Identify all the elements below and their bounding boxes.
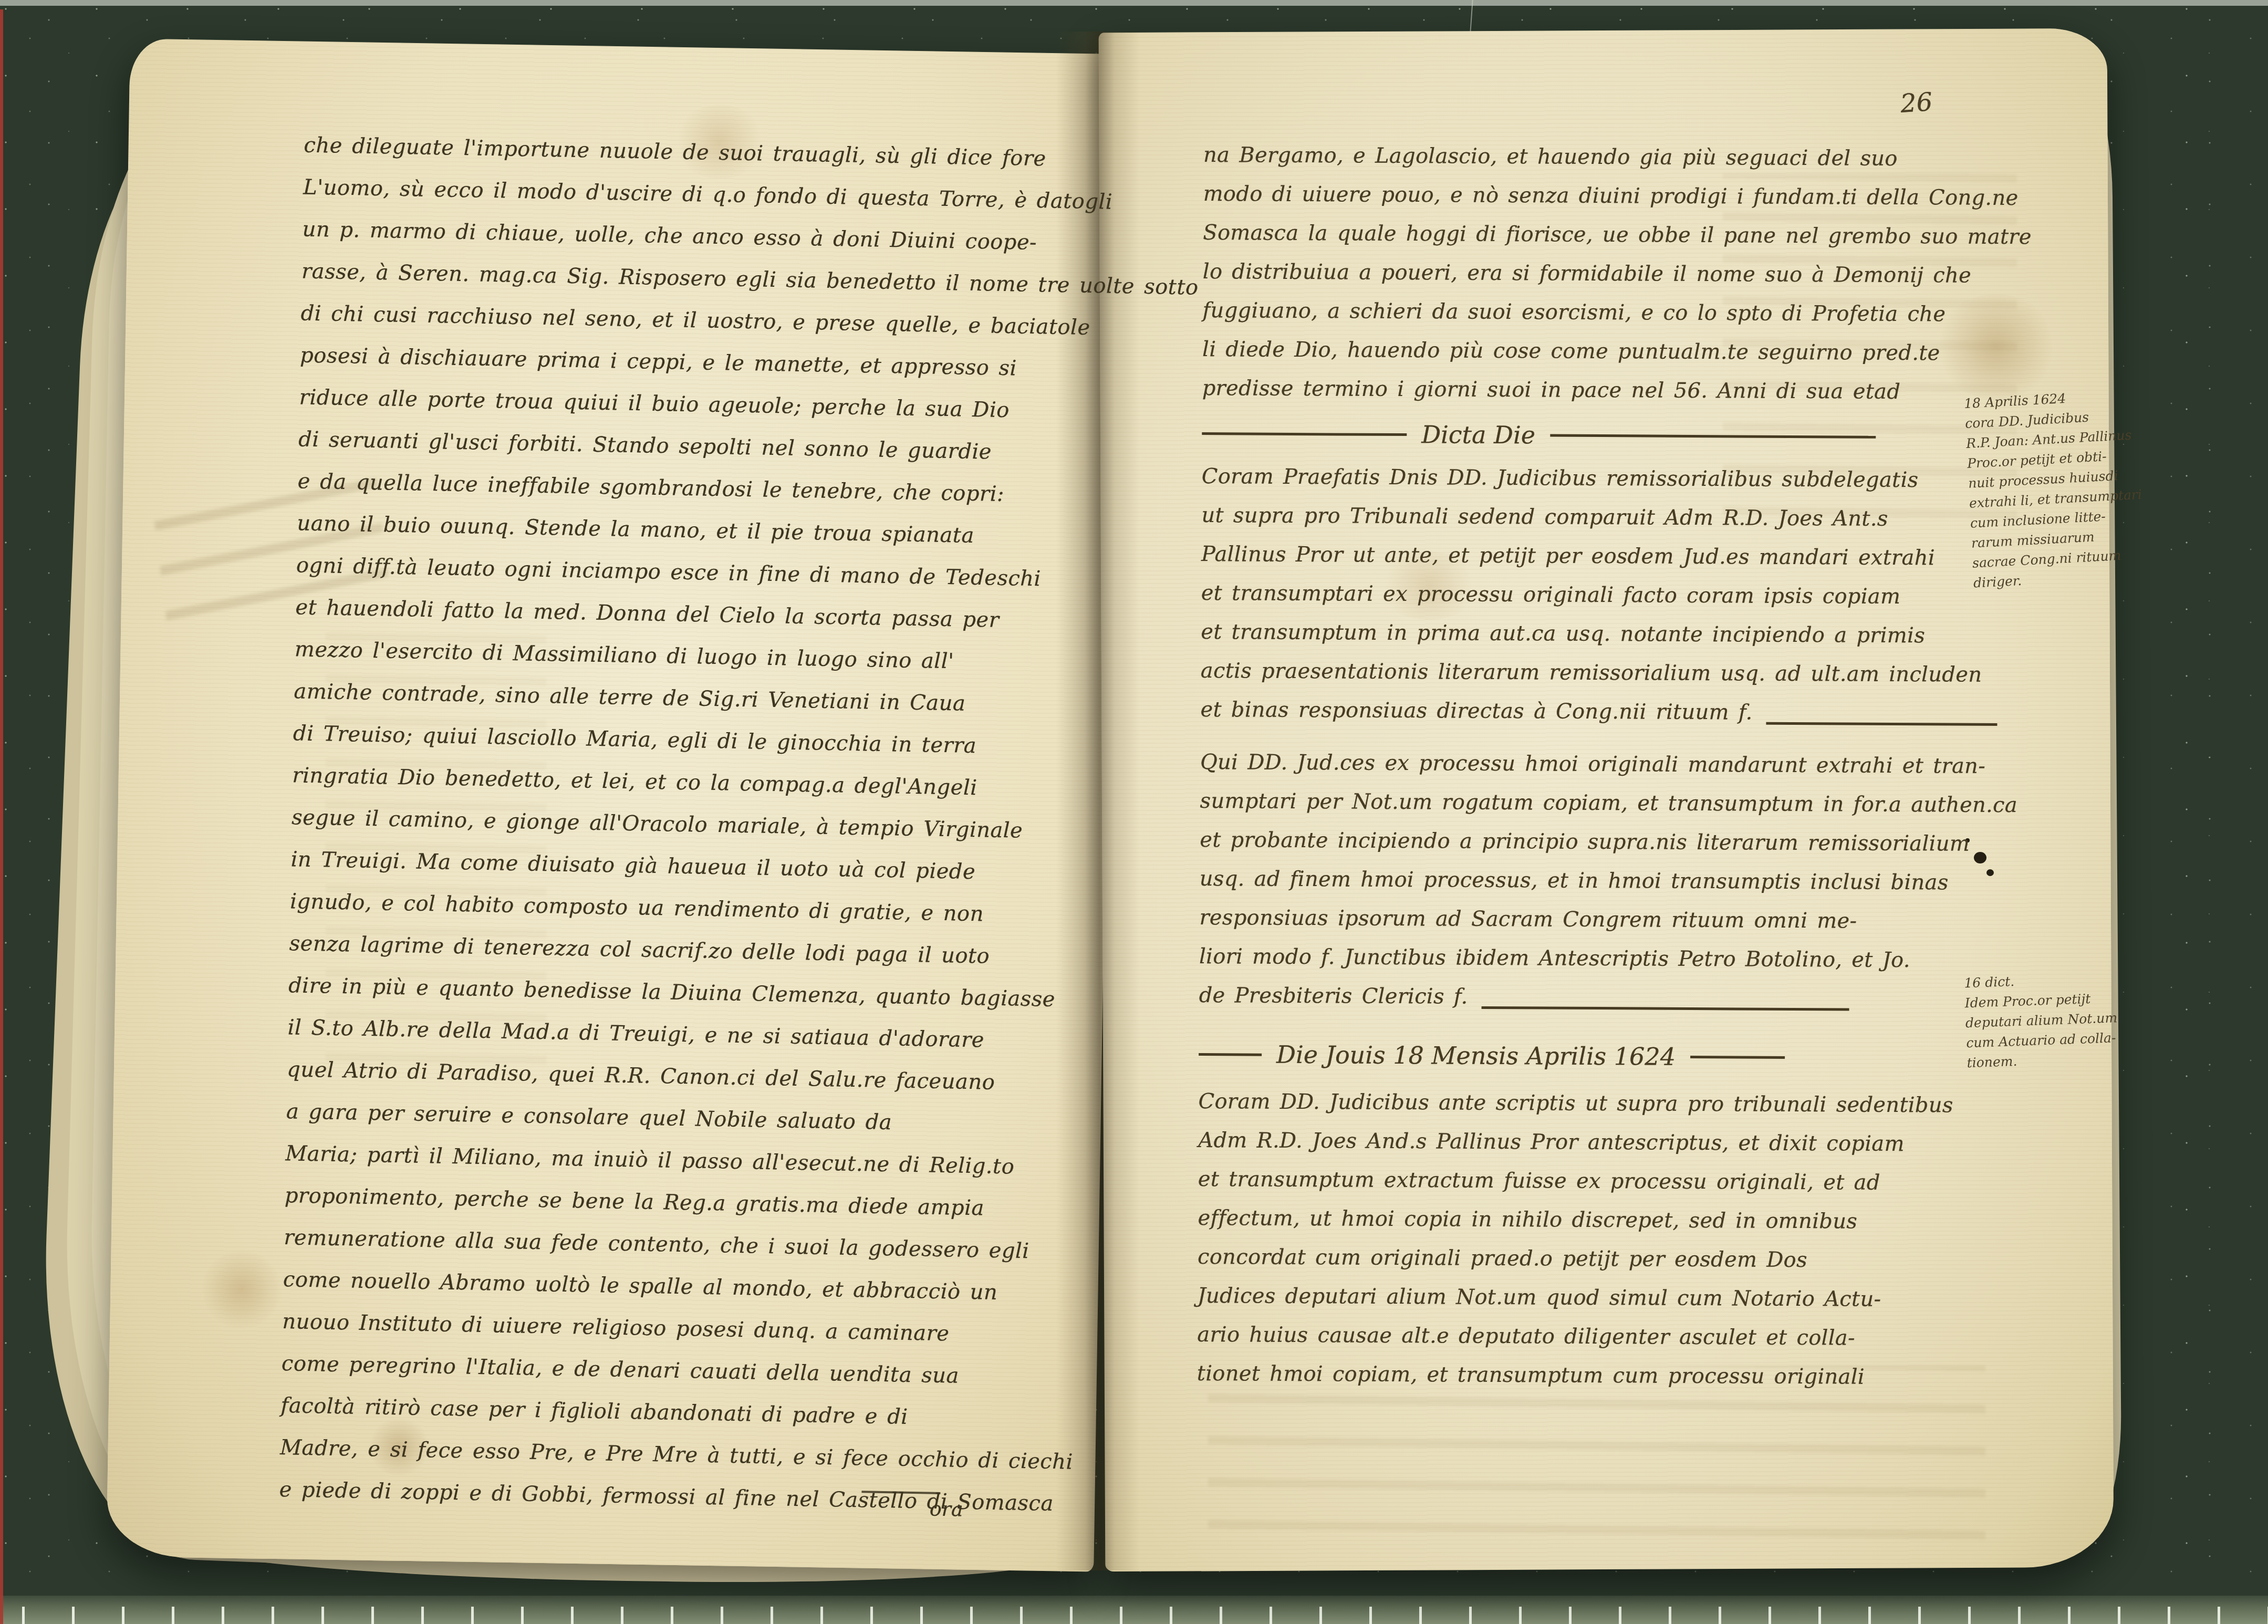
manuscript-line: predisse termino i giorni suoi in pace n… bbox=[1202, 369, 1990, 412]
ink-blot bbox=[1986, 869, 1994, 876]
manuscript-line: et transumptum in prima aut.ca usq. nota… bbox=[1201, 612, 1989, 655]
manuscript-line: modo di uiuere pouo, e nò senza diuini p… bbox=[1203, 174, 1991, 217]
manuscript-line: sumptari per Not.um rogatum copiam, et t… bbox=[1200, 782, 1988, 825]
margin-note-idem-procurator: 16 dict.Idem Proc.or petijtdeputari aliu… bbox=[1964, 968, 2125, 1073]
manuscript-line: actis praesentationis literarum remissor… bbox=[1201, 651, 1989, 694]
manuscript-line: et probante incipiendo a principio supra… bbox=[1200, 820, 1988, 863]
folio-number: 26 bbox=[1899, 87, 1933, 119]
manuscript-line: usq. ad finem hmoi processus, et in hmoi… bbox=[1200, 859, 1988, 902]
manuscript-line: lo distribuiua a poueri, era si formidab… bbox=[1203, 252, 1991, 295]
manuscript-line: fuggiuano, a schieri da suoi esorcismi, … bbox=[1202, 291, 1990, 334]
heading-dicta-die-row: Dicta Die bbox=[1202, 419, 1990, 452]
heading-rule-left bbox=[1199, 1053, 1262, 1056]
manuscript-line: et transumptari ex processu originali fa… bbox=[1201, 574, 1989, 617]
heading-rule-left bbox=[1202, 432, 1407, 436]
manuscript-line: Coram Praefatis Dnis DD. Judicibus remis… bbox=[1202, 457, 1990, 500]
catchword-block: ora bbox=[861, 1491, 964, 1521]
manuscript-line: Somasca la quale hoggi di fiorisce, ue o… bbox=[1203, 213, 1991, 256]
manuscript-line: liori modo f. Junctibus ibidem Antescrip… bbox=[1199, 937, 1987, 980]
manuscript-line: Judices deputari alium Not.um quod simul… bbox=[1198, 1276, 1985, 1319]
heading-rule-right bbox=[1690, 1055, 1785, 1058]
paragraph-qui-judices: Qui DD. Jud.ces ex processu hmoi origina… bbox=[1199, 743, 1989, 1019]
manuscript-line: Qui DD. Jud.ces ex processu hmoi origina… bbox=[1200, 743, 1988, 786]
margin-note-18-aprilis: 18 Aprilis 1624cora DD. JudicibusR.P. Jo… bbox=[1963, 386, 2131, 593]
heading-dicta-die: Dicta Die bbox=[1421, 420, 1535, 449]
manuscript-line: responsiuas ipsorum ad Sacram Congrem ri… bbox=[1199, 898, 1987, 941]
manuscript-line: ario huius causae alt.e deputato diligen… bbox=[1197, 1315, 1985, 1358]
left-page-text: che dileguate l'importune nuuole de suoi… bbox=[279, 124, 1092, 1525]
heading-rule-right bbox=[1550, 434, 1876, 438]
manuscript-photo: 26 che dileguate l'importune nuuole de s… bbox=[0, 0, 2268, 1624]
manuscript-line: na Bergamo, e Lagolascio, et hauendo gia… bbox=[1203, 136, 1991, 179]
manuscript-line: et transumptum extractum fuisse ex proce… bbox=[1198, 1160, 1986, 1203]
manuscript-line: de Presbiteris Clericis f. bbox=[1199, 976, 1987, 1019]
heading-die-jovis-row: Die Jouis 18 Mensis Aprilis 1624 bbox=[1199, 1040, 1986, 1073]
heading-die-jovis: Die Jouis 18 Mensis Aprilis 1624 bbox=[1276, 1040, 1676, 1071]
paragraph-vita-conclusion: na Bergamo, e Lagolascio, et hauendo gia… bbox=[1202, 136, 1992, 412]
manuscript-line: et binas responsiuas directas à Cong.nii… bbox=[1200, 690, 1988, 733]
manuscript-line: ut supra pro Tribunali sedend comparuit … bbox=[1201, 496, 1989, 539]
measuring-ruler bbox=[0, 1596, 2268, 1624]
photo-red-edge-line bbox=[0, 9, 3, 1624]
catchword: ora bbox=[930, 1497, 963, 1521]
manuscript-line: effectum, ut hmoi copia in nihilo discre… bbox=[1198, 1199, 1985, 1242]
manuscript-line: Pallinus Pror ut ante, et petijt per eos… bbox=[1201, 535, 1989, 578]
photo-top-strip bbox=[0, 0, 2268, 6]
manuscript-line: li diede Dio, hauendo più cose come punt… bbox=[1202, 330, 1990, 373]
manuscript-line: concordat cum originali praed.o petijt p… bbox=[1198, 1237, 1985, 1281]
paragraph-coram-praefatis: Coram Praefatis Dnis DD. Judicibus remis… bbox=[1200, 457, 1990, 733]
manuscript-line: Adm R.D. Joes And.s Pallinus Pror antesc… bbox=[1198, 1121, 1986, 1164]
ruler-tick-marks bbox=[22, 1607, 2268, 1624]
manuscript-line: Coram DD. Judicibus ante scriptis ut sup… bbox=[1198, 1082, 1986, 1125]
manuscript-line: tionet hmoi copiam, et transumptum cum p… bbox=[1197, 1354, 1985, 1397]
paragraph-coram-judicibus: Coram DD. Judicibus ante scriptis ut sup… bbox=[1197, 1082, 1986, 1397]
right-page-text: na Bergamo, e Lagolascio, et hauendo gia… bbox=[1197, 136, 1992, 1397]
